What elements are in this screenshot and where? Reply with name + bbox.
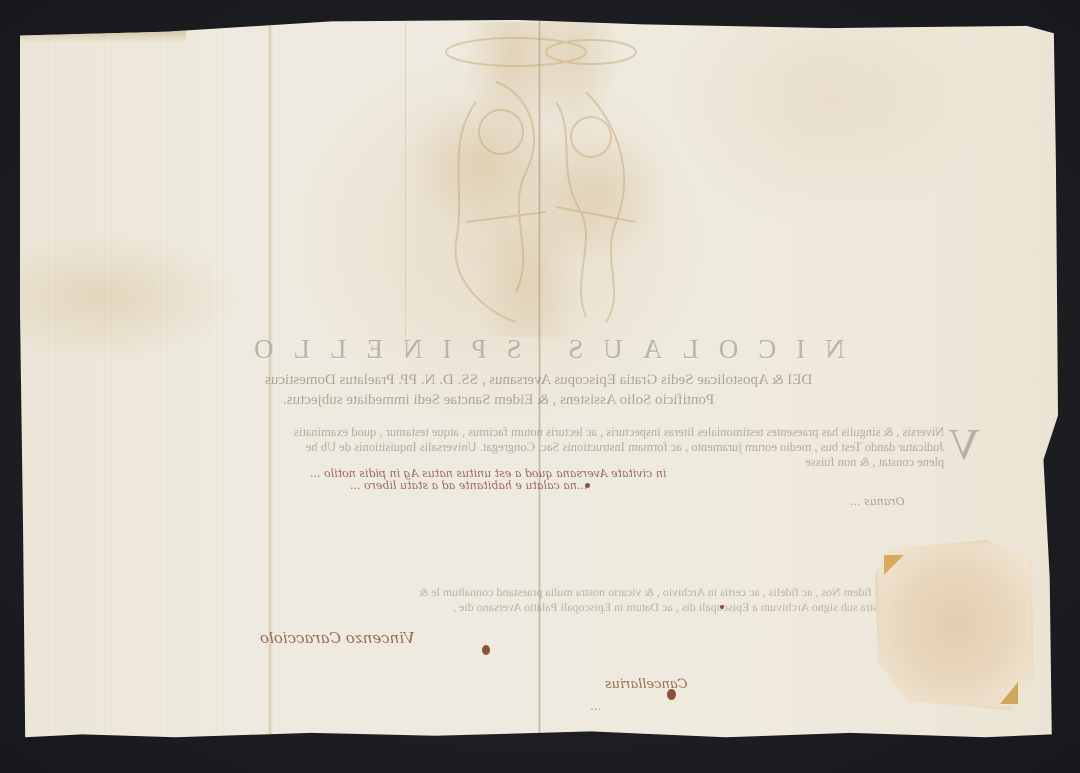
ink-blot bbox=[482, 645, 490, 655]
manuscript-line-3: Oranus ... bbox=[850, 495, 905, 508]
signature-right: Cancellarius bbox=[605, 677, 688, 692]
body-line: Niversis , & singulis has praesentes tes… bbox=[100, 425, 944, 440]
closing-line: ac fide nostra sub signo Archivum a Epis… bbox=[105, 600, 925, 615]
mirrored-subtitle-2: Pontificio Solio Assistens , & Eidem San… bbox=[200, 392, 798, 409]
ink-blot bbox=[720, 605, 724, 609]
mirrored-body-text: V Niversis , & singulis has praesentes t… bbox=[100, 425, 980, 470]
signature-left: Vincenzo Caracciolo bbox=[260, 629, 415, 647]
coat-of-arms-engraving-show-through bbox=[405, 22, 676, 337]
drop-cap: V bbox=[948, 425, 980, 465]
closing-line: In quorum fidem Nos , ac fidelis , ac ce… bbox=[105, 585, 925, 600]
ink-blot bbox=[667, 689, 676, 700]
mirrored-closing-text: In quorum fidem Nos , ac fidelis , ac ce… bbox=[105, 585, 925, 615]
signature-right-line2: ... bbox=[590, 699, 601, 713]
mirrored-subtitle-1: DEI & Apostolicae Sedis Gratia Episcopus… bbox=[115, 372, 963, 389]
seal-corner-tab bbox=[884, 555, 904, 575]
seal-corner-tab bbox=[1000, 682, 1018, 704]
engraving-figures-icon bbox=[406, 22, 676, 337]
ink-blot bbox=[585, 483, 590, 488]
mirrored-title: NICOLAUS SPINELLO bbox=[20, 334, 1058, 365]
body-line: Judicatur dando Test bus , medio eorum j… bbox=[100, 440, 944, 455]
manuscript-line-2: ...na calatu e habitante ad a statu libe… bbox=[350, 479, 587, 492]
